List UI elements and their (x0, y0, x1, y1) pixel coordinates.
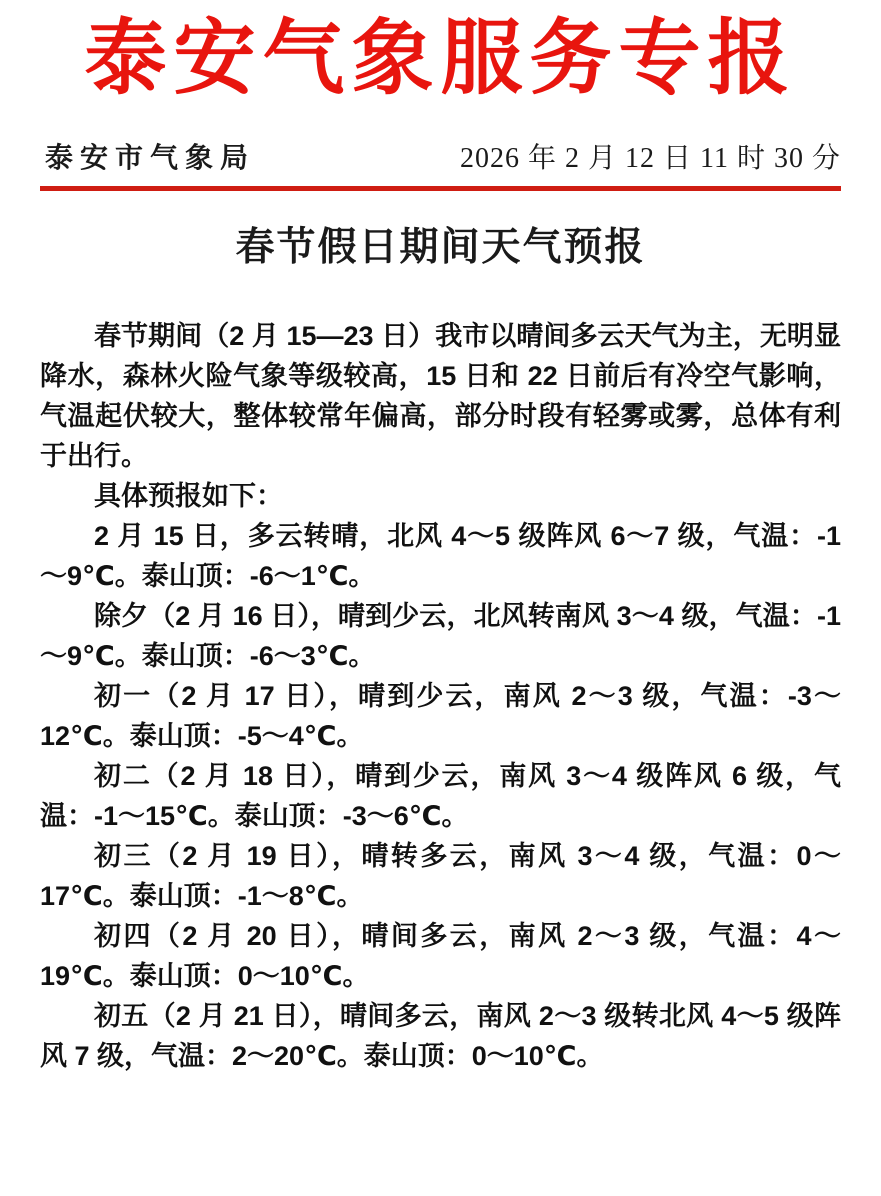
red-divider-rule (40, 186, 841, 191)
weather-bulletin-page: 泰安气象服务专报 泰安市气象局 2026 年 2 月 12 日 11 时 30 … (0, 0, 881, 1196)
report-paragraph-overview: 春节期间（2 月 15—23 日）我市以晴间多云天气为主，无明显降水，森林火险气… (40, 316, 841, 476)
issue-datetime: 2026 年 2 月 12 日 11 时 30 分 (460, 136, 841, 176)
bulletin-masthead-title: 泰安气象服务专报 (40, 12, 841, 106)
report-paragraph-leadin: 具体预报如下： (40, 476, 841, 516)
report-paragraph-forecast-feb16: 除夕（2 月 16 日），晴到少云，北风转南风 3～4 级，气温：-1～9℃。泰… (40, 596, 841, 676)
report-paragraph-forecast-feb20: 初四（2 月 20 日），晴间多云，南风 2～3 级，气温：4～19℃。泰山顶：… (40, 916, 841, 996)
report-body: 春节期间（2 月 15—23 日）我市以晴间多云天气为主，无明显降水，森林火险气… (40, 316, 841, 1076)
report-paragraph-forecast-feb17: 初一（2 月 17 日），晴到少云，南风 2～3 级，气温：-3～12℃。泰山顶… (40, 676, 841, 756)
report-paragraph-forecast-feb21: 初五（2 月 21 日），晴间多云，南风 2～3 级转北风 4～5 级阵风 7 … (40, 996, 841, 1076)
issuing-agency: 泰安市气象局 (45, 136, 255, 176)
report-paragraph-forecast-feb19: 初三（2 月 19 日），晴转多云，南风 3～4 级，气温：0～17℃。泰山顶：… (40, 836, 841, 916)
issuer-row: 泰安市气象局 2026 年 2 月 12 日 11 时 30 分 (45, 136, 841, 176)
report-title: 春节假日期间天气预报 (40, 227, 841, 270)
report-paragraph-forecast-feb18: 初二（2 月 18 日），晴到少云，南风 3～4 级阵风 6 级，气温：-1～1… (40, 756, 841, 836)
report-paragraph-forecast-feb15: 2 月 15 日，多云转晴，北风 4～5 级阵风 6～7 级，气温：-1～9℃。… (40, 516, 841, 596)
